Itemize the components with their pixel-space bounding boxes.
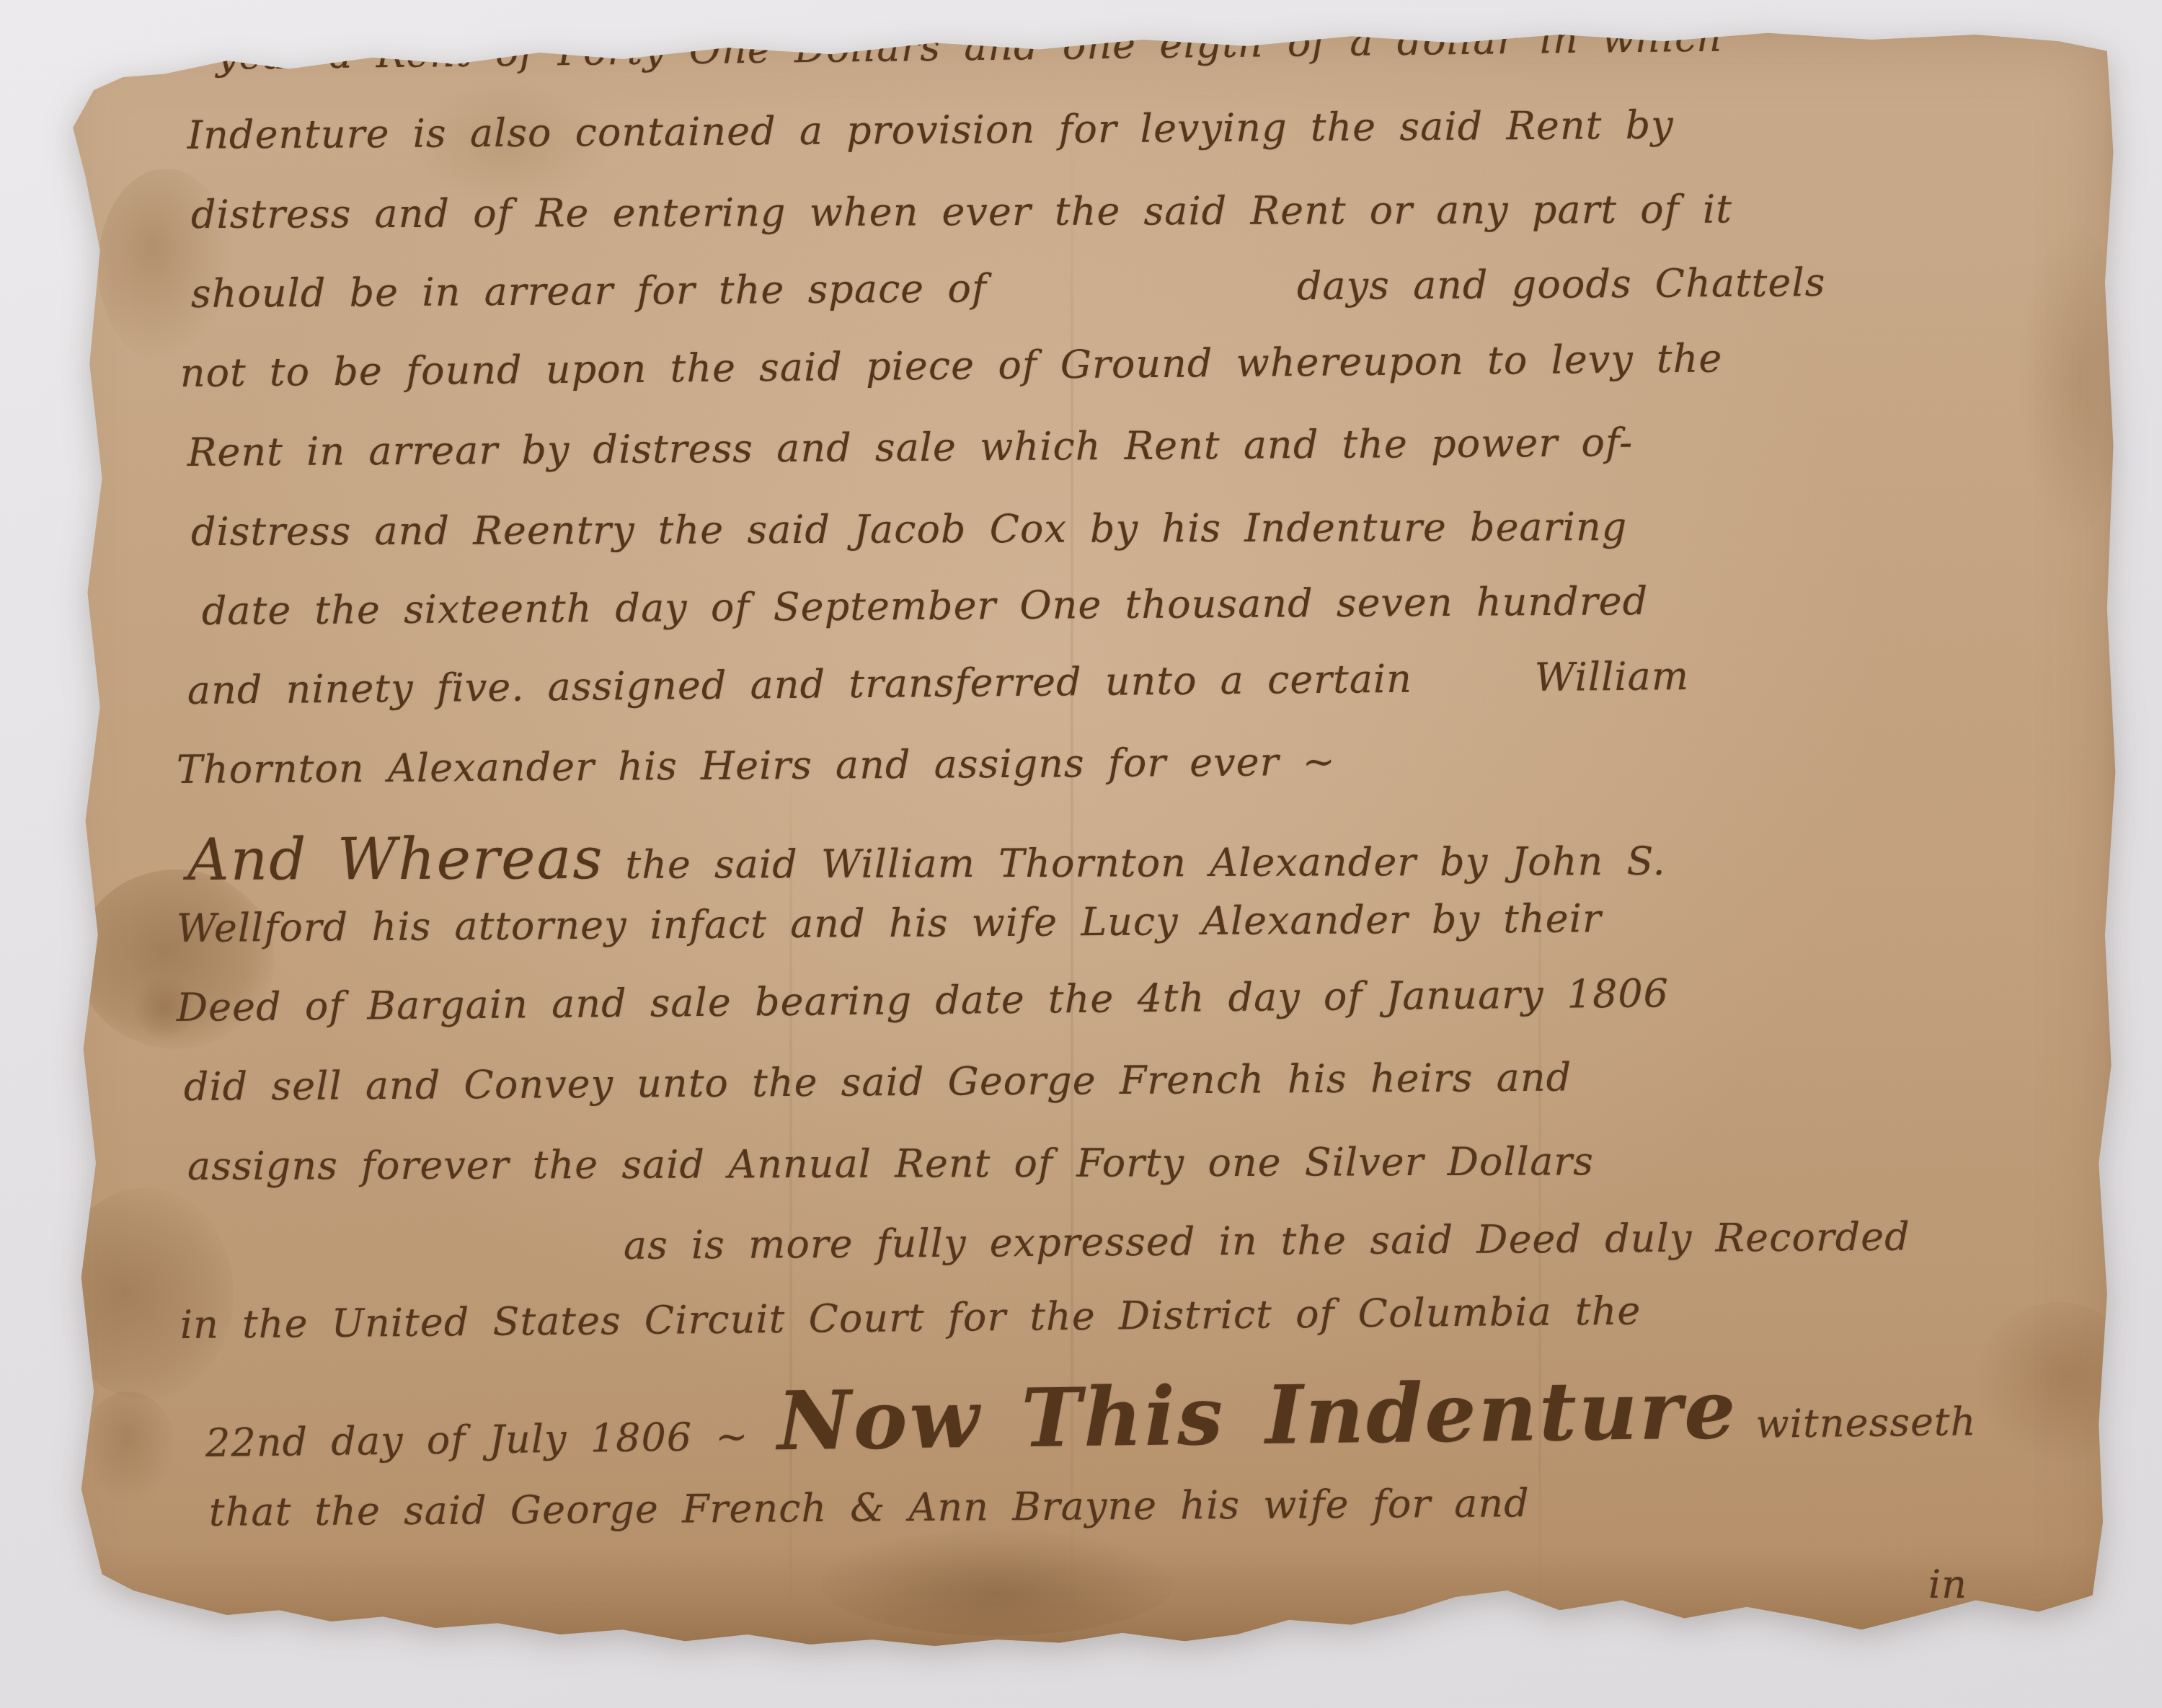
document-text: year a Rent of Forty One Dollars and one…: [177, 33, 2078, 1627]
line-19: that the said George French & Ann Brayne…: [209, 1477, 2079, 1562]
line-18-text-a: 22nd day of July 1806 ~: [205, 1414, 749, 1466]
line-01: year a Rent of Forty One Dollars and one…: [216, 10, 2078, 112]
line-10: Thornton Alexander his Heirs and assigns…: [177, 734, 2079, 826]
line-02: Indenture is also contained a provision …: [187, 99, 2079, 192]
blank-space: [1412, 691, 1535, 692]
stain: [81, 1391, 175, 1505]
line-18-text-c: witnesseth: [1755, 1399, 1977, 1447]
line-03-text: distress and of Re entering when ever th…: [191, 187, 1732, 237]
line-03: distress and of Re entering when ever th…: [191, 185, 2078, 271]
line-15-text: assigns forever the said Annual Rent of …: [187, 1138, 1594, 1189]
line-14: did sell and Convey unto the said George…: [184, 1051, 2079, 1143]
line-06: Rent in arrear by distress and sale whic…: [187, 417, 2079, 509]
document-paper-shadow: year a Rent of Forty One Dollars and one…: [40, 22, 2122, 1652]
line-07-text: distress and Reentry the said Jacob Cox …: [191, 504, 1627, 554]
line-14-text: did sell and Convey unto the said George…: [184, 1055, 1572, 1110]
line-12-text: Wellford his attorney infact and his wif…: [177, 895, 1602, 951]
line-08-text: date the sixteenth day of September One …: [202, 578, 1649, 634]
line-11: And Whereas the said William Thornton Al…: [187, 820, 2078, 906]
line-17-text: in the United States Circuit Court for t…: [180, 1288, 1641, 1348]
line-04-text-b: days and goods Chattels: [1297, 260, 1826, 309]
line-20-text: in: [1928, 1562, 1967, 1607]
line-18: 22nd day of July 1806 ~ Now This Indentu…: [205, 1358, 2079, 1490]
line-18-emphasis: Now This Indenture: [777, 1363, 1739, 1469]
line-11-emphasis: And Whereas: [187, 825, 604, 893]
line-06-text: Rent in arrear by distress and sale whic…: [187, 420, 1634, 475]
line-16-text: as is more fully expressed in the said D…: [624, 1214, 1910, 1268]
line-19-text: that the said George French & Ann Brayne…: [209, 1480, 1530, 1535]
line-04-text-a: should be in arrear for the space of: [191, 265, 987, 317]
line-20: in: [1928, 1561, 2078, 1627]
line-01-text: year a Rent of Forty One Dollars and one…: [216, 14, 1723, 79]
blank-space: [987, 299, 1297, 301]
line-10-text: Thornton Alexander his Heirs and assigns…: [177, 739, 1336, 792]
document-paper: year a Rent of Forty One Dollars and one…: [40, 22, 2122, 1652]
line-11-text: the said William Thornton Alexander by J…: [625, 838, 1665, 888]
line-07: distress and Reentry the said Jacob Cox …: [191, 503, 2078, 588]
line-02-text: Indenture is also contained a provision …: [187, 102, 1674, 158]
line-09-text-b: William: [1535, 653, 1690, 700]
photo-background: year a Rent of Forty One Dollars and one…: [0, 0, 2162, 1708]
line-15: assigns forever the said Annual Rent of …: [187, 1137, 2078, 1223]
